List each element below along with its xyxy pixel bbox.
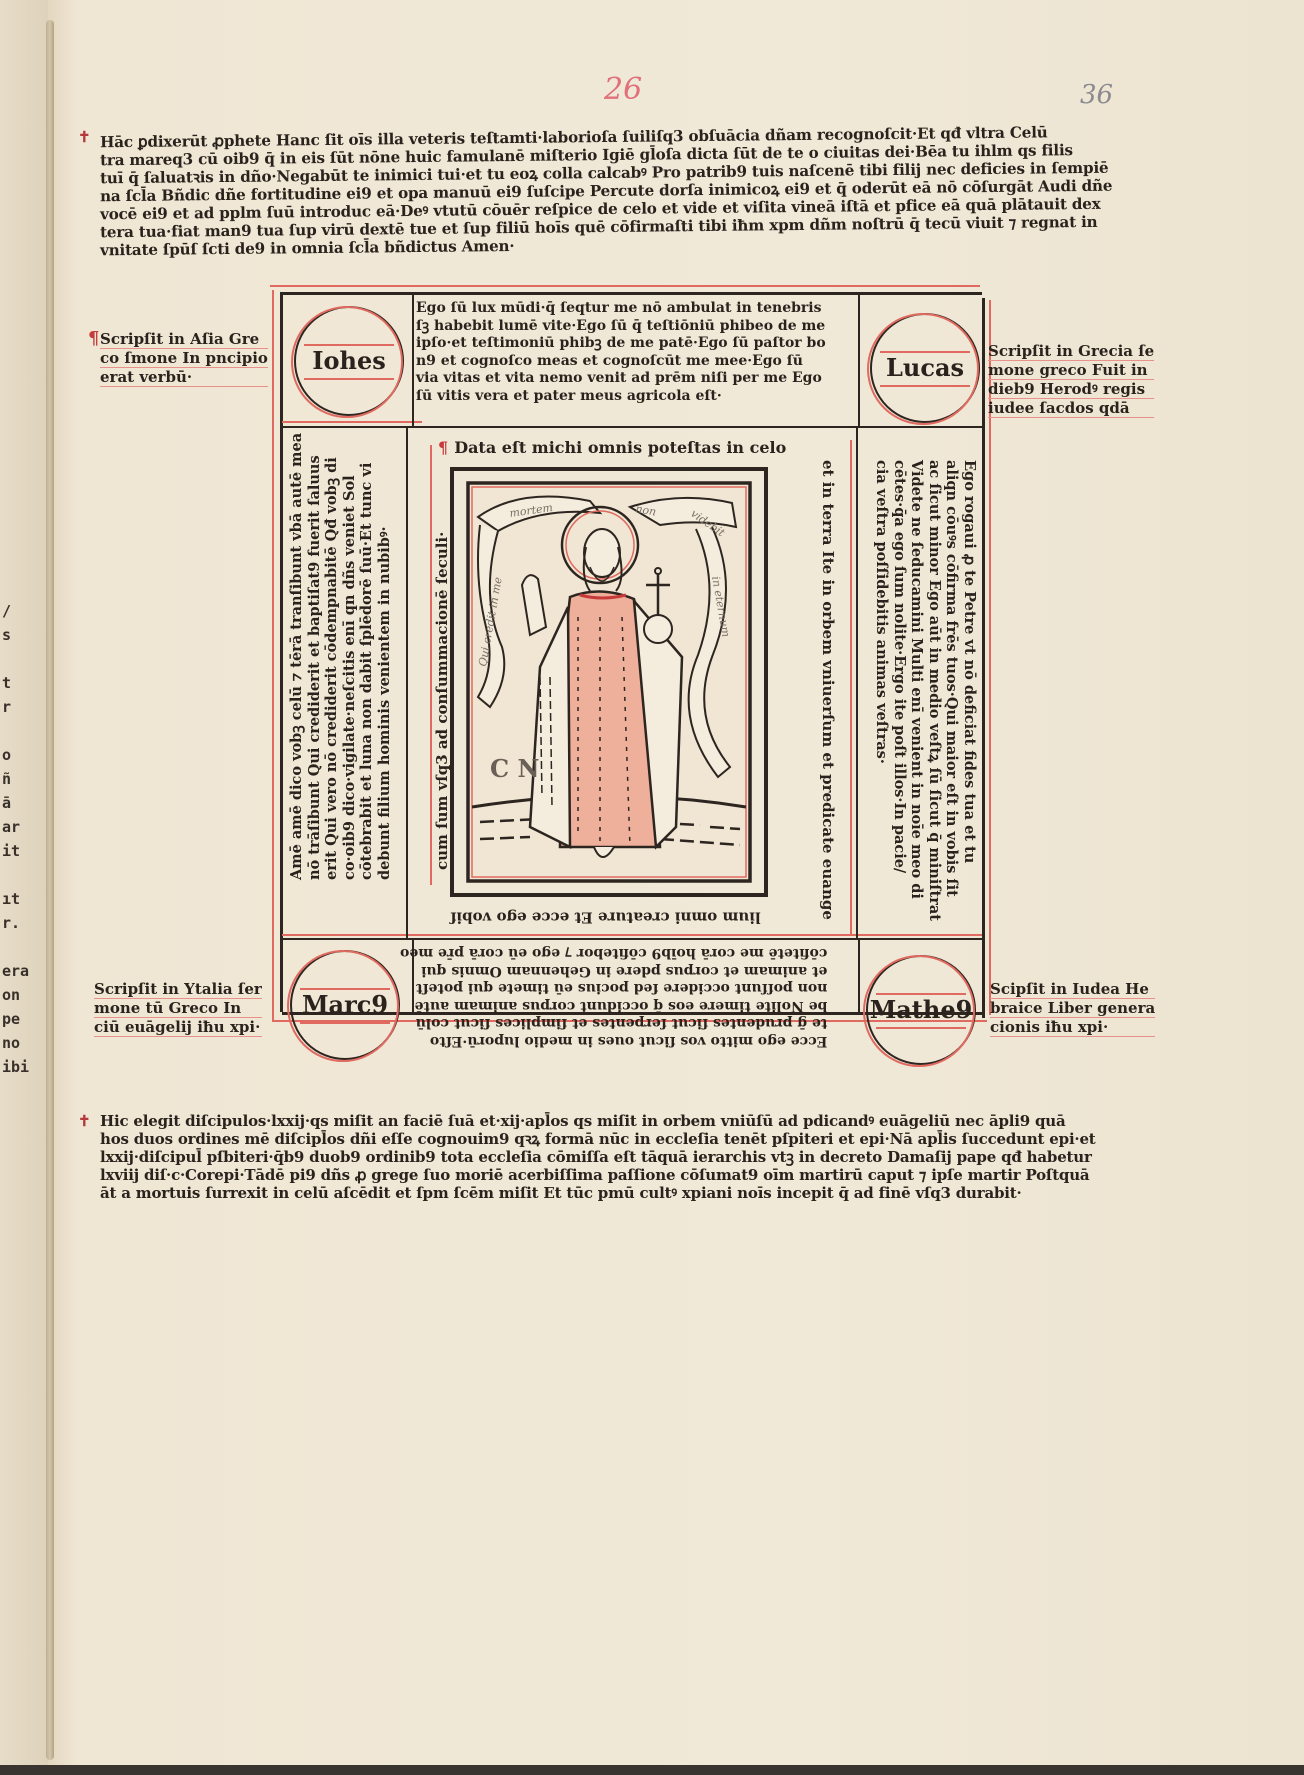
facing-page-fragment: ñ xyxy=(2,768,42,792)
evangelist-roundel-mark: Marc9 xyxy=(290,950,400,1060)
facing-page-text-fragments: /stroñāaritıtr.eraonpenoibi xyxy=(2,600,42,1080)
frame-line xyxy=(858,292,860,428)
frame-line xyxy=(282,426,982,428)
facing-page-fragment: ar xyxy=(2,816,42,840)
frame-line xyxy=(982,298,985,1018)
frame-line xyxy=(282,938,982,940)
facing-page-fragment xyxy=(2,720,42,744)
frame-line xyxy=(282,292,982,295)
pilcrow-icon: ¶ xyxy=(438,438,448,457)
facing-page-fragment: r. xyxy=(2,912,42,936)
text-block-luke: Ego rogaui ꝓ te Petre vt nō deficiat fid… xyxy=(873,460,978,921)
woodcut-christ-salvator-mundi: mortem non videbit Qui credit in me in e… xyxy=(450,467,768,897)
side-note-mark: Scripſit in Ytalia ſer mone tū Greco In … xyxy=(94,980,262,1037)
central-caption-top: ¶Data eſt michi omnis poteſtas in celo xyxy=(438,438,786,457)
central-caption-right: et in terra Ite in orbem vniuerſum et pr… xyxy=(819,460,837,920)
evangelist-roundel-matthew: Mathe9 xyxy=(866,955,976,1065)
central-caption-bottom: lium omni creature Et ecce ego vobiſ xyxy=(450,908,761,926)
text-line: hos duos ordines mē diſcipl̄os dñi eſſe … xyxy=(100,1130,1096,1148)
facing-page-fragment xyxy=(2,648,42,672)
text-line: Hic elegit diſcipulos·lxxij·qs miſit an … xyxy=(100,1112,1096,1130)
rule-line xyxy=(272,290,274,1020)
rule-line xyxy=(282,934,982,936)
facing-page-fragment xyxy=(2,864,42,888)
facing-page-fragment: ibi xyxy=(2,1056,42,1080)
evangelist-name: Marc9 xyxy=(292,990,398,1019)
facing-page-edge: /stroñāaritıtr.eraonpenoibi xyxy=(0,0,48,1775)
facing-page-fragment: s xyxy=(2,624,42,648)
text-block-matthew: Ecce ego mitto vos ſicut oues in medio l… xyxy=(400,944,827,1049)
evangelist-name: Iohes xyxy=(296,346,402,375)
rule-line xyxy=(282,421,422,423)
paragraph-mark-icon: ✝ xyxy=(78,128,91,146)
facing-page-fragment: pe xyxy=(2,1008,42,1032)
folio-number-red: 26 xyxy=(604,72,642,107)
binding-gutter xyxy=(46,20,54,1760)
folio-number-pencil: 36 xyxy=(1080,80,1113,110)
facing-page-fragment: no xyxy=(2,1032,42,1056)
frame-line xyxy=(858,938,860,1014)
facing-page-fragment: era xyxy=(2,960,42,984)
side-note-matthew: Scipſit in Iudea He braice Liber genera … xyxy=(990,980,1155,1037)
facing-page-fragment: / xyxy=(2,600,42,624)
bottom-paragraph: ✝ Hic elegit diſcipulos·lxxij·qs miſit a… xyxy=(100,1112,1096,1202)
printer-monogram: C N xyxy=(490,754,539,783)
facing-page-fragment: on xyxy=(2,984,42,1008)
facing-page-fragment xyxy=(2,936,42,960)
frame-line xyxy=(406,428,408,940)
text-line: lxxij·diſcipul̄ pſbiteri·q̄b9 duob9 ordi… xyxy=(100,1148,1096,1166)
facing-page-fragment: it xyxy=(2,840,42,864)
evangelist-roundel-luke: Lucas xyxy=(870,313,980,423)
rule-line xyxy=(850,440,852,935)
text-line: lxviij diſ·c·Corepi·Tādē pi9 dñs ꝓ grege… xyxy=(100,1166,1096,1184)
side-note-john: ¶ Scripſit in Aſia Gre co ſmone In pncip… xyxy=(100,330,268,387)
side-note-luke: Scripſit in Grecia ſe mone greco Fuit in… xyxy=(988,342,1154,418)
facing-page-fragment: t xyxy=(2,672,42,696)
text-block-john: Ego ſū lux mūdi·q̄ ſeqtur me nō ambulat … xyxy=(416,300,826,405)
frame-line xyxy=(280,292,283,1012)
top-paragraph: ✝ Hāc ꝑdixerūt ꝓphete Hanc ſit oīs illa … xyxy=(100,128,1112,254)
text-line: āt a mortuis ſurrexit in celū aſcēdit et… xyxy=(100,1184,1096,1202)
facing-page-fragment: ā xyxy=(2,792,42,816)
central-caption-left: cum ſum vſq3 ad conſummacionē ſeculi· xyxy=(434,532,452,870)
frame-line xyxy=(412,292,414,428)
facing-page-fragment: ıt xyxy=(2,888,42,912)
evangelist-name: Lucas xyxy=(872,353,978,382)
facing-page-fragment: o xyxy=(2,744,42,768)
evangelist-name: Mathe9 xyxy=(868,995,974,1024)
rule-line xyxy=(270,285,980,287)
text-block-mark: Amē amē dico vobꝫ celū ⁊ tērā tranſibunt… xyxy=(288,433,393,880)
paragraph-mark-icon: ✝ xyxy=(78,1112,90,1130)
rule-line xyxy=(430,445,432,885)
pilcrow-icon: ¶ xyxy=(88,329,99,348)
evangelist-roundel-john: Iohes xyxy=(294,306,404,416)
facing-page-fragment: r xyxy=(2,696,42,720)
scan-bottom-edge xyxy=(0,1765,1304,1775)
frame-line xyxy=(856,428,858,940)
